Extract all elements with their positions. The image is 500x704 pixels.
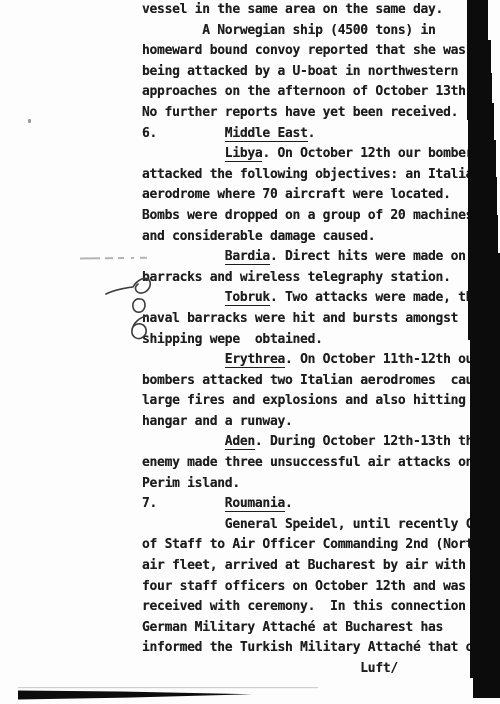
text-line: German Military Attaché at Bucharest has	[142, 618, 500, 639]
text-line: received with ceremony. In this connecti…	[142, 597, 500, 618]
text-line: approaches on the afternoon of October 1…	[142, 82, 500, 103]
text-line: Perim island.	[142, 474, 500, 495]
text-line: shipping wepe obtained.	[142, 330, 500, 351]
text-line: Tobruk. Two attacks were made, the	[142, 288, 500, 309]
text-line: bombers attacked two Italian aerodromes …	[142, 371, 500, 392]
underlined-heading: Bardia	[225, 249, 270, 265]
text-line: attacked the following objectives: an It…	[142, 165, 500, 186]
text-line: Aden. During October 12th-13th the	[142, 432, 500, 453]
underlined-heading: Aden	[225, 434, 255, 450]
document-page: vessel in the same area on the same day.…	[0, 0, 500, 704]
text-line: vessel in the same area on the same day.	[142, 0, 500, 21]
pencil-smudge	[80, 258, 147, 259]
text-line: General Speidel, until recently Chief	[142, 515, 500, 536]
text-line: Luft/	[142, 659, 500, 680]
text-line: homeward bound convoy reported that she …	[142, 41, 500, 62]
text-line: naval barracks were hit and bursts among…	[142, 309, 500, 330]
text-line: Erythrea. On October 11th-12th our	[142, 350, 500, 371]
text-line: informed the Turkish Military Attaché th…	[142, 638, 500, 659]
underlined-heading: Middle East	[225, 126, 308, 142]
text-line: enemy made three unsuccessful air attack…	[142, 453, 500, 474]
text-line: four staff officers on October 12th and …	[142, 577, 500, 598]
text-line: and considerable damage caused.	[142, 227, 500, 248]
text-line: being attacked by a U-boat in northweste…	[142, 62, 500, 83]
text-line: Bombs were dropped on a group of 20 mach…	[142, 206, 500, 227]
text-line: 6. Middle East.	[142, 124, 500, 145]
scan-speck	[28, 119, 31, 123]
document-text: vessel in the same area on the same day.…	[142, 0, 500, 680]
underlined-heading: Erythrea	[225, 352, 285, 368]
scan-artifact-bottom-streak	[18, 687, 318, 700]
text-line: hangar and a runway.	[142, 412, 500, 433]
text-line: A Norwegian ship (4500 tons) in	[142, 21, 500, 42]
text-line: Bardia. Direct hits were made on	[142, 247, 500, 268]
underlined-heading: Libya	[225, 146, 263, 162]
underlined-heading: Roumania	[225, 496, 285, 512]
underlined-heading: Tobruk	[225, 290, 270, 306]
text-line: barracks and wireless telegraphy station…	[142, 268, 500, 289]
text-line: air fleet, arrived at Bucharest by air w…	[142, 556, 500, 577]
text-line: aerodrome where 70 aircraft were located…	[142, 185, 500, 206]
text-line: of Staff to Air Officer Commanding 2nd (…	[142, 535, 500, 556]
text-line: large fires and explosions and also hitt…	[142, 391, 500, 412]
text-line: No further reports have yet been receive…	[142, 103, 500, 124]
text-line: Libya. On October 12th our bombers	[142, 144, 500, 165]
text-line: 7. Roumania.	[142, 494, 500, 515]
